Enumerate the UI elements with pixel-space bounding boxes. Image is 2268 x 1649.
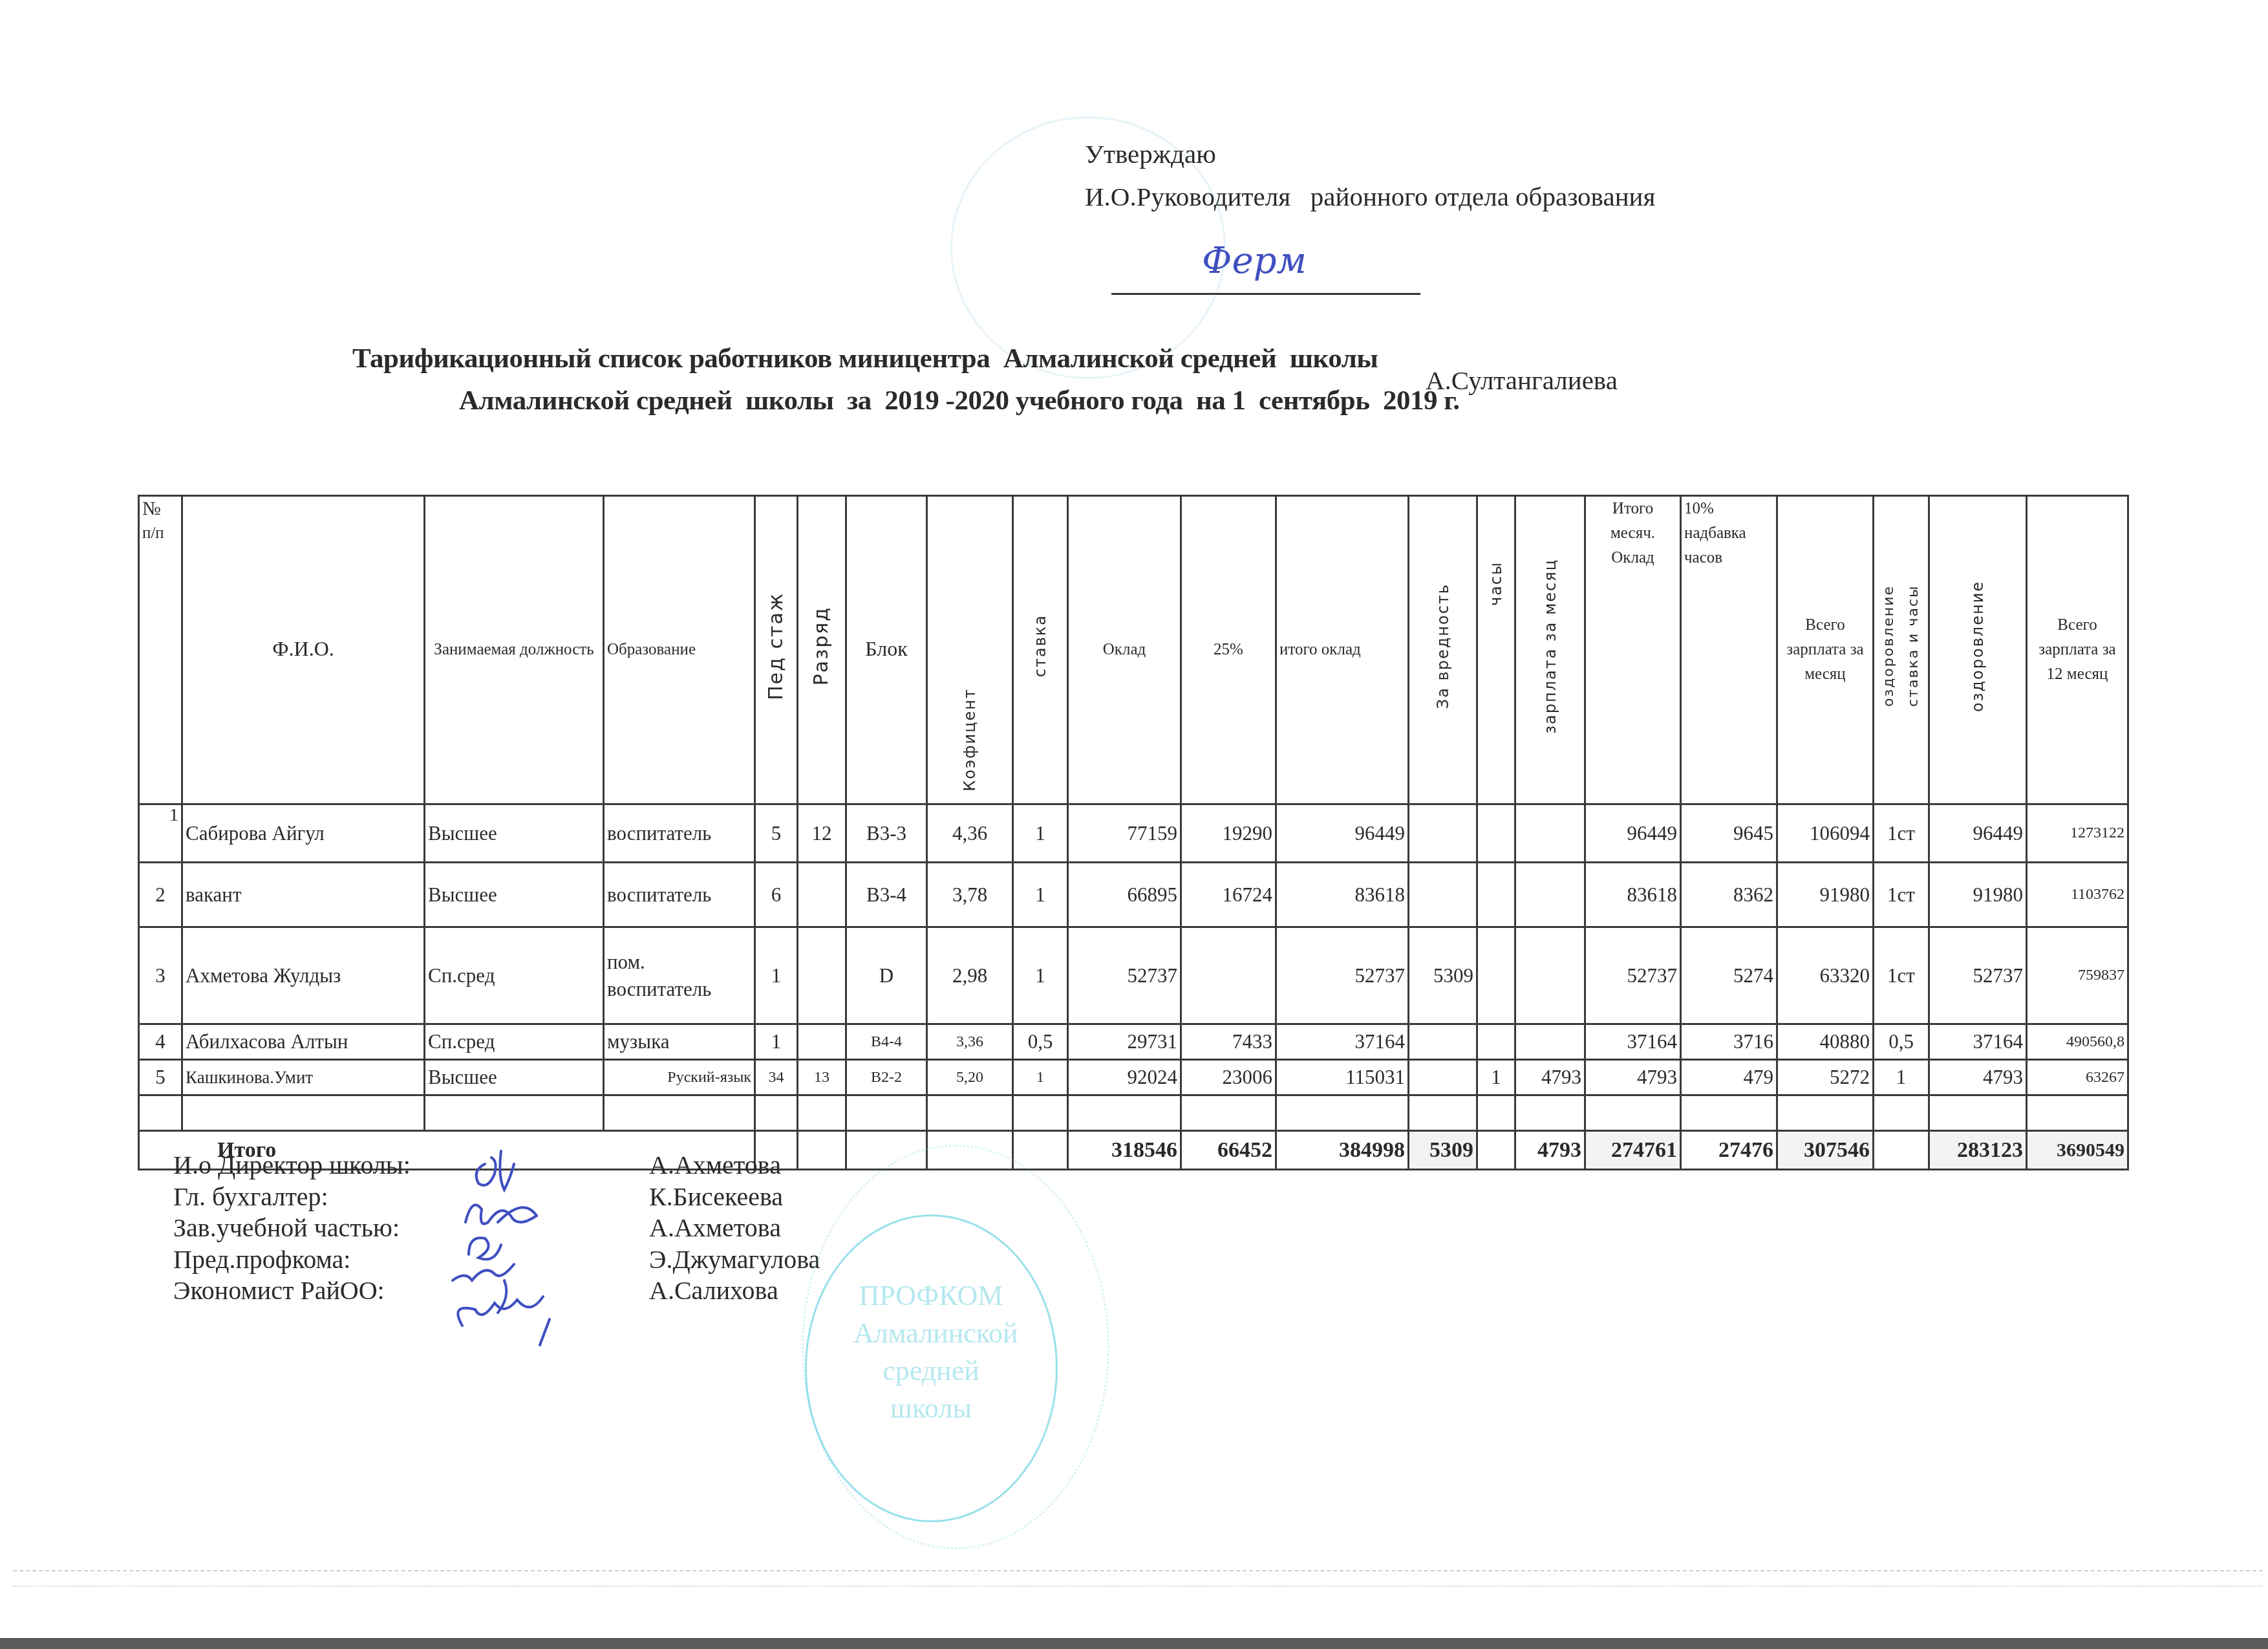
cell-vsego-mes: 40880	[1777, 1024, 1874, 1060]
signature-name: А.Салихова	[649, 1275, 778, 1307]
cell-ozd: 52737	[1929, 927, 2027, 1024]
cell-empty	[425, 1095, 604, 1131]
header-block: Блок	[846, 496, 927, 804]
header-pct25-label: 25%	[1214, 641, 1243, 658]
cell-pct25	[1181, 927, 1276, 1024]
cell-fio: Абилхасова Алтын	[182, 1024, 425, 1060]
header-nadbavka-label: 10% надбавка часов	[1684, 500, 1746, 566]
profcom-stamp-text: ПРОФКОМ Алмалинской средней школы	[853, 1277, 1009, 1427]
cell-empty	[1515, 1095, 1585, 1131]
cell-stavka: 1	[1013, 1060, 1068, 1095]
table-row: 4 Абилхасова Алтын Сп.сред музыка 1 В4-4…	[139, 1024, 2128, 1060]
cell-num: 1	[139, 804, 182, 863]
cell-oklad: 92024	[1068, 1060, 1181, 1095]
table-row: 2 вакант Высшее воспитатель 6 В3-4 3,78 …	[139, 863, 2128, 927]
cell-itogo-mes-oklad: 37164	[1585, 1024, 1681, 1060]
cell-coef: 4,36	[927, 804, 1013, 863]
header-num: № п/п	[139, 496, 182, 804]
header-ozd-stavka-label: оздоровление ставка и часы	[1877, 555, 1926, 737]
cell-vrednost: 5309	[1409, 927, 1477, 1024]
cell-empty	[182, 1095, 425, 1131]
stamp-line4: школы	[853, 1390, 1009, 1427]
cell-nadbavka: 9645	[1681, 804, 1777, 863]
total-zarplata-mes: 4793	[1515, 1131, 1585, 1170]
cell-vsego-mes: 106094	[1777, 804, 1874, 863]
cell-vsego-12: 63267	[2027, 1060, 2128, 1095]
header-position-label: Занимаемая должность	[434, 641, 594, 658]
cell-empty	[798, 1095, 846, 1131]
header-nadbavka: 10% надбавка часов	[1681, 496, 1777, 804]
header-oklad-label: Оклад	[1103, 641, 1146, 658]
cell-oklad: 52737	[1068, 927, 1181, 1024]
cell-fio: Ахметова Жулдыз	[182, 927, 425, 1024]
header-ozd: оздоровление	[1929, 496, 2027, 804]
handwritten-signatures-icon	[440, 1145, 621, 1358]
cell-education: музыка	[604, 1024, 755, 1060]
cell-nadbavka: 479	[1681, 1060, 1777, 1095]
total-itogo-oklad: 384998	[1276, 1131, 1409, 1170]
header-chasy: часы	[1477, 496, 1515, 804]
cell-chasy	[1477, 863, 1515, 927]
header-education: Образование	[604, 496, 755, 804]
cell-stavka: 1	[1013, 804, 1068, 863]
cell-chasy	[1477, 927, 1515, 1024]
cell-empty	[1585, 1095, 1681, 1131]
cell-num: 4	[139, 1024, 182, 1060]
stamp-line3: средней	[853, 1352, 1009, 1390]
header-position: Занимаемая должность	[425, 496, 604, 804]
table-row: 5 Кашкинова.Умит Высшее Руский-язык 34 1…	[139, 1060, 2128, 1095]
cell-razryad	[798, 1024, 846, 1060]
header-stavka-label: ставка	[1028, 614, 1053, 677]
table-row: 1 Сабирова Айгул Высшее воспитатель 5 12…	[139, 804, 2128, 863]
cell-empty	[1068, 1095, 1181, 1131]
cell-ped-stazh: 5	[755, 804, 798, 863]
cell-empty	[1777, 1095, 1874, 1131]
header-zarplata-mes-label: зарплата за месяц	[1538, 559, 1563, 734]
cell-empty	[927, 1095, 1013, 1131]
cell-block: В3-3	[846, 804, 927, 863]
header-stavka: ставка	[1013, 496, 1068, 804]
total-oklad: 318546	[1068, 1131, 1181, 1170]
cell-empty	[1681, 1095, 1777, 1131]
approval-stamp-icon	[950, 116, 1226, 379]
cell-education: воспитатель	[604, 863, 755, 927]
cell-itogo-oklad: 37164	[1276, 1024, 1409, 1060]
header-itogo-oklad: итого оклад	[1276, 496, 1409, 804]
cell-ozd-stavka: 1ст	[1874, 804, 1929, 863]
cell-ozd-stavka: 1ст	[1874, 863, 1929, 927]
cell-pct25: 7433	[1181, 1024, 1276, 1060]
header-razryad: Разряд	[798, 496, 846, 804]
cell-ped-stazh: 1	[755, 1024, 798, 1060]
cell-zarplata-mes	[1515, 1024, 1585, 1060]
header-vrednost: За вредность	[1409, 496, 1477, 804]
cell-razryad: 13	[798, 1060, 846, 1095]
header-chasy-label: часы	[1484, 561, 1508, 606]
cell-position: Сп.сред	[425, 1024, 604, 1060]
cell-zarplata-mes	[1515, 804, 1585, 863]
cell-ozd: 91980	[1929, 863, 2027, 927]
table-row-empty	[139, 1095, 2128, 1131]
cell-vsego-mes: 63320	[1777, 927, 1874, 1024]
cell-itogo-mes-oklad: 96449	[1585, 804, 1681, 863]
total-vrednost: 5309	[1409, 1131, 1477, 1170]
cell-razryad	[798, 863, 846, 927]
cell-chasy: 1	[1477, 1060, 1515, 1095]
cell-education-line2: воспитатель	[607, 976, 751, 1003]
cell-position: Высшее	[425, 863, 604, 927]
total-itogo-mes-oklad: 274761	[1585, 1131, 1681, 1170]
cell-stavka: 0,5	[1013, 1024, 1068, 1060]
scan-bottom-edge	[0, 1638, 2268, 1649]
total-pct25: 66452	[1181, 1131, 1276, 1170]
cell-coef: 2,98	[927, 927, 1013, 1024]
cell-empty	[755, 1095, 798, 1131]
header-pct25: 25%	[1181, 496, 1276, 804]
cell-empty	[1929, 1095, 2027, 1131]
cell-vrednost	[1409, 863, 1477, 927]
cell-pct25: 16724	[1181, 863, 1276, 927]
cell-num: 2	[139, 863, 182, 927]
scan-artifact-line	[13, 1570, 2263, 1587]
header-ozd-stavka: оздоровление ставка и часы	[1874, 496, 1929, 804]
cell-nadbavka: 5274	[1681, 927, 1777, 1024]
cell-nadbavka: 3716	[1681, 1024, 1777, 1060]
header-ped-stazh: Пед стаж	[755, 496, 798, 804]
cell-itogo-oklad: 115031	[1276, 1060, 1409, 1095]
tariff-table: № п/п Ф.И.О. Занимаемая должность Образо…	[138, 495, 2129, 1170]
header-razryad-label: Разряд	[809, 607, 834, 685]
cell-education-line1: пом.	[607, 949, 751, 976]
cell-fio: Кашкинова.Умит	[182, 1060, 425, 1095]
cell-empty	[1276, 1095, 1409, 1131]
header-vsego-mes-label: Всего зарплата за месяц	[1786, 616, 1863, 683]
cell-itogo-mes-oklad: 4793	[1585, 1060, 1681, 1095]
cell-education: Руский-язык	[604, 1060, 755, 1095]
cell-ped-stazh: 6	[755, 863, 798, 927]
cell-stavka: 1	[1013, 927, 1068, 1024]
cell-empty	[1409, 1095, 1477, 1131]
cell-vsego-12: 759837	[2027, 927, 2128, 1024]
cell-itogo-mes-oklad: 83618	[1585, 863, 1681, 927]
cell-vsego-12: 1273122	[2027, 804, 2128, 863]
cell-block: В2-2	[846, 1060, 927, 1095]
cell-empty	[846, 1095, 927, 1131]
cell-razryad: 12	[798, 804, 846, 863]
table-row: 3 Ахметова Жулдыз Сп.сред пом. воспитате…	[139, 927, 2128, 1024]
header-itogo-mes-oklad: Итого месяч. Оклад	[1585, 496, 1681, 804]
cell-ped-stazh: 34	[755, 1060, 798, 1095]
cell-ozd: 37164	[1929, 1024, 2027, 1060]
signature-name: К.Бисекеева	[649, 1181, 783, 1213]
cell-empty	[1874, 1095, 1929, 1131]
cell-stavka: 1	[1013, 863, 1068, 927]
cell-coef: 3,36	[927, 1024, 1013, 1060]
header-block-label: Блок	[865, 637, 907, 660]
cell-ozd: 4793	[1929, 1060, 2027, 1095]
total-vsego-12: 3690549	[2027, 1131, 2128, 1170]
cell-zarplata-mes: 4793	[1515, 1060, 1585, 1095]
total-ozd: 283123	[1929, 1131, 2027, 1170]
cell-vsego-12: 1103762	[2027, 863, 2128, 927]
cell-empty	[1477, 1095, 1515, 1131]
header-oklad: Оклад	[1068, 496, 1181, 804]
cell-itogo-oklad: 52737	[1276, 927, 1409, 1024]
cell-vrednost	[1409, 804, 1477, 863]
cell-vrednost	[1409, 1024, 1477, 1060]
header-education-label: Образование	[607, 641, 696, 658]
header-num-label: №	[142, 497, 178, 521]
total-ozd-stavka	[1874, 1131, 1929, 1170]
cell-zarplata-mes	[1515, 927, 1585, 1024]
cell-fio: вакант	[182, 863, 425, 927]
cell-chasy	[1477, 804, 1515, 863]
cell-itogo-oklad: 96449	[1276, 804, 1409, 863]
cell-oklad: 66895	[1068, 863, 1181, 927]
cell-fio: Сабирова Айгул	[182, 804, 425, 863]
cell-itogo-mes-oklad: 52737	[1585, 927, 1681, 1024]
signature-name: Э.Джумагулова	[649, 1244, 820, 1276]
cell-empty	[2027, 1095, 2128, 1131]
total-chasy	[1477, 1131, 1515, 1170]
total-nadbavka: 27476	[1681, 1131, 1777, 1170]
cell-empty	[604, 1095, 755, 1131]
cell-oklad: 77159	[1068, 804, 1181, 863]
cell-position: Сп.сред	[425, 927, 604, 1024]
cell-ozd-stavka: 0,5	[1874, 1024, 1929, 1060]
stamp-line1: ПРОФКОМ	[853, 1277, 1009, 1315]
document-title-line1: Тарификационный список работников минице…	[352, 343, 1378, 374]
cell-coef: 3,78	[927, 863, 1013, 927]
header-ped-stazh-label: Пед стаж	[764, 592, 789, 700]
cell-ped-stazh: 1	[755, 927, 798, 1024]
cell-num: 5	[139, 1060, 182, 1095]
header-coef-label: Коэфицент	[957, 688, 982, 792]
document-title-line2: Алмалинской средней школы за 2019 -2020 …	[459, 385, 1460, 416]
cell-vsego-mes: 5272	[1777, 1060, 1874, 1095]
cell-pct25: 19290	[1181, 804, 1276, 863]
cell-oklad: 29731	[1068, 1024, 1181, 1060]
cell-chasy	[1477, 1024, 1515, 1060]
cell-ozd: 96449	[1929, 804, 2027, 863]
cell-razryad	[798, 927, 846, 1024]
cell-num: 3	[139, 927, 182, 1024]
cell-itogo-oklad: 83618	[1276, 863, 1409, 927]
table-header-row: № п/п Ф.И.О. Занимаемая должность Образо…	[139, 496, 2128, 804]
cell-education: воспитатель	[604, 804, 755, 863]
cell-position: Высшее	[425, 1060, 604, 1095]
cell-ozd-stavka: 1ст	[1874, 927, 1929, 1024]
cell-nadbavka: 8362	[1681, 863, 1777, 927]
cell-block: В3-4	[846, 863, 927, 927]
cell-ozd-stavka: 1	[1874, 1060, 1929, 1095]
header-fio: Ф.И.О.	[182, 496, 425, 804]
cell-empty	[1181, 1095, 1276, 1131]
cell-education: пом. воспитатель	[604, 927, 755, 1024]
header-vsego-12: Всего зарплата за 12 месяц	[2027, 496, 2128, 804]
cell-position: Высшее	[425, 804, 604, 863]
header-coef: Коэфицент	[927, 496, 1013, 804]
cell-empty	[1013, 1095, 1068, 1131]
cell-vsego-mes: 91980	[1777, 863, 1874, 927]
header-vsego-mes: Всего зарплата за месяц	[1777, 496, 1874, 804]
header-num-sub: п/п	[142, 521, 178, 546]
header-itogo-mes-oklad-label: Итого месяч. Оклад	[1610, 500, 1655, 566]
signature-name: А.Ахметова	[649, 1212, 781, 1244]
total-vsego-mes: 307546	[1777, 1131, 1874, 1170]
cell-vsego-12: 490560,8	[2027, 1024, 2128, 1060]
signature-name: А.Ахметова	[649, 1150, 781, 1181]
header-fio-label: Ф.И.О.	[272, 637, 334, 660]
cell-vrednost	[1409, 1060, 1477, 1095]
cell-block: В4-4	[846, 1024, 927, 1060]
cell-pct25: 23006	[1181, 1060, 1276, 1095]
header-ozd-label: оздоровление	[1965, 581, 1990, 712]
header-vsego-12-label: Всего зарплата за 12 месяц	[2038, 616, 2115, 683]
header-zarplata-mes: зарплата за месяц	[1515, 496, 1585, 804]
header-itogo-oklad-label: итого оклад	[1279, 641, 1361, 658]
cell-zarplata-mes	[1515, 863, 1585, 927]
cell-coef: 5,20	[927, 1060, 1013, 1095]
header-vrednost-label: За вредность	[1431, 583, 1455, 709]
cell-block: D	[846, 927, 927, 1024]
cell-empty	[139, 1095, 182, 1131]
stamp-line2: Алмалинской	[853, 1315, 1009, 1352]
